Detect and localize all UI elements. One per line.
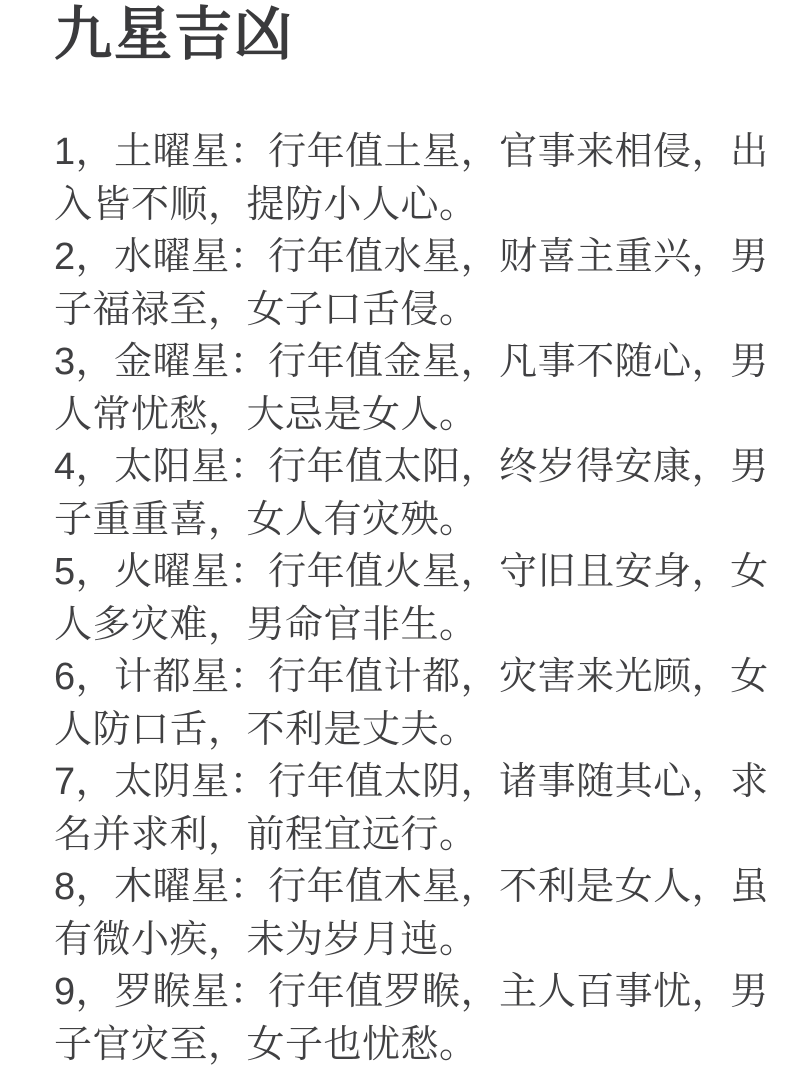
- verse-line: 有微小疾，未为岁月迍。: [54, 914, 772, 967]
- verse-item-1: 1，土曜星：行年值土星，官事来相侵，出 入皆不顺，提防小人心。: [54, 126, 772, 231]
- verse-line: 3，金曜星：行年值金星，凡事不随心，男: [54, 336, 772, 389]
- verse-line: 1，土曜星：行年值土星，官事来相侵，出: [54, 126, 772, 179]
- verse-item-4: 4，太阳星：行年值太阳，终岁得安康，男 子重重喜，女人有灾殃。: [54, 441, 772, 546]
- verse-line: 6，计都星：行年值计都，灾害来光顾，女: [54, 651, 772, 704]
- verse-item-2: 2，水曜星：行年值水星，财喜主重兴，男 子福禄至，女子口舌侵。: [54, 231, 772, 336]
- verse-line: 9，罗睺星：行年值罗睺，主人百事忧，男: [54, 966, 772, 1019]
- verse-line: 人多灾难，男命官非生。: [54, 599, 772, 652]
- verse-line: 2，水曜星：行年值水星，财喜主重兴，男: [54, 231, 772, 284]
- verse-list: 1，土曜星：行年值土星，官事来相侵，出 入皆不顺，提防小人心。 2，水曜星：行年…: [54, 126, 772, 1067]
- verse-line: 子福禄至，女子口舌侵。: [54, 284, 772, 337]
- verse-line: 8，木曜星：行年值木星，不利是女人，虽: [54, 861, 772, 914]
- page-title: 九星吉凶: [54, 2, 772, 68]
- verse-line: 入皆不顺，提防小人心。: [54, 179, 772, 232]
- verse-line: 7，太阴星：行年值太阴，诸事随其心，求: [54, 756, 772, 809]
- verse-line: 4，太阳星：行年值太阳，终岁得安康，男: [54, 441, 772, 494]
- verse-line: 人防口舌，不利是丈夫。: [54, 704, 772, 757]
- verse-line: 名并求利，前程宜远行。: [54, 809, 772, 862]
- verse-line: 子重重喜，女人有灾殃。: [54, 494, 772, 547]
- document-page: 九星吉凶 1，土曜星：行年值土星，官事来相侵，出 入皆不顺，提防小人心。 2，水…: [0, 0, 800, 1067]
- verse-item-8: 8，木曜星：行年值木星，不利是女人，虽 有微小疾，未为岁月迍。: [54, 861, 772, 966]
- verse-item-9: 9，罗睺星：行年值罗睺，主人百事忧，男 子官灾至，女子也忧愁。: [54, 966, 772, 1067]
- verse-item-3: 3，金曜星：行年值金星，凡事不随心，男 人常忧愁，大忌是女人。: [54, 336, 772, 441]
- verse-item-6: 6，计都星：行年值计都，灾害来光顾，女 人防口舌，不利是丈夫。: [54, 651, 772, 756]
- verse-item-5: 5，火曜星：行年值火星，守旧且安身，女 人多灾难，男命官非生。: [54, 546, 772, 651]
- verse-line: 5，火曜星：行年值火星，守旧且安身，女: [54, 546, 772, 599]
- verse-item-7: 7，太阴星：行年值太阴，诸事随其心，求 名并求利，前程宜远行。: [54, 756, 772, 861]
- verse-line: 人常忧愁，大忌是女人。: [54, 389, 772, 442]
- verse-line: 子官灾至，女子也忧愁。: [54, 1019, 772, 1067]
